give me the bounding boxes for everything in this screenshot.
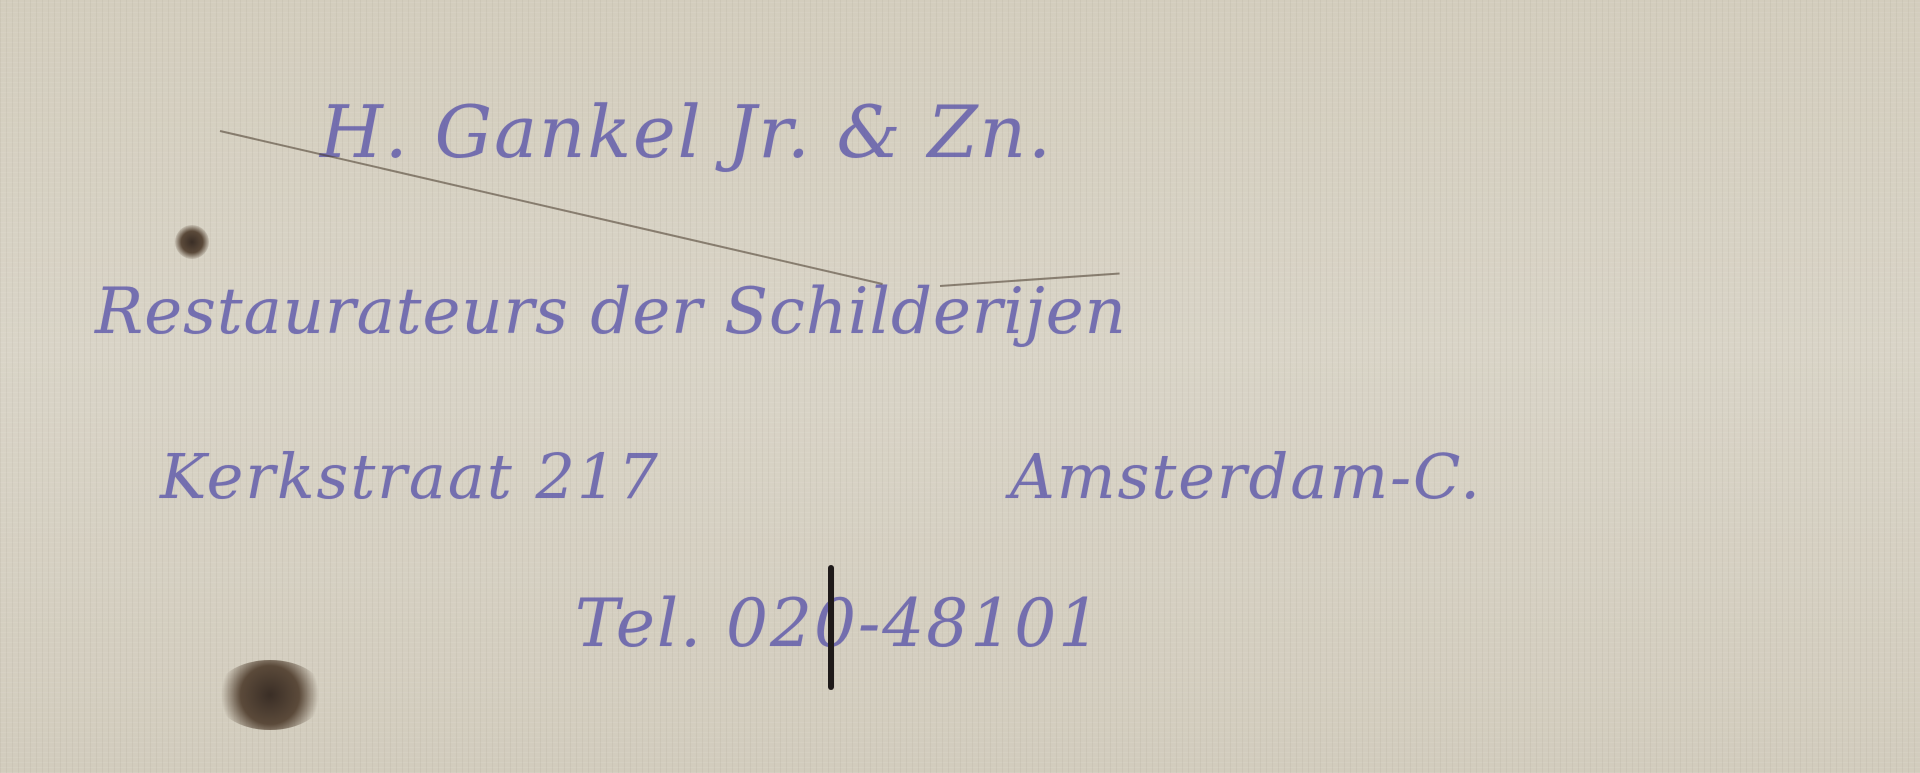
wood-knot: [215, 660, 325, 730]
stamp-line-city: Amsterdam-C.: [1010, 440, 1482, 513]
stamp-line-name: H. Gankel Jr. & Zn.: [320, 90, 1053, 174]
wood-knot: [175, 225, 209, 259]
stamp-line-trade: Restaurateurs der Schilderijen: [95, 275, 1127, 349]
stamp-line-phone: Tel. 020-48101: [575, 585, 1102, 662]
pen-stroke-mark: [828, 565, 834, 690]
ink-stamp: H. Gankel Jr. & Zn. Restaurateurs der Sc…: [0, 0, 1920, 773]
stamp-line-street: Kerkstraat 217: [160, 440, 660, 513]
